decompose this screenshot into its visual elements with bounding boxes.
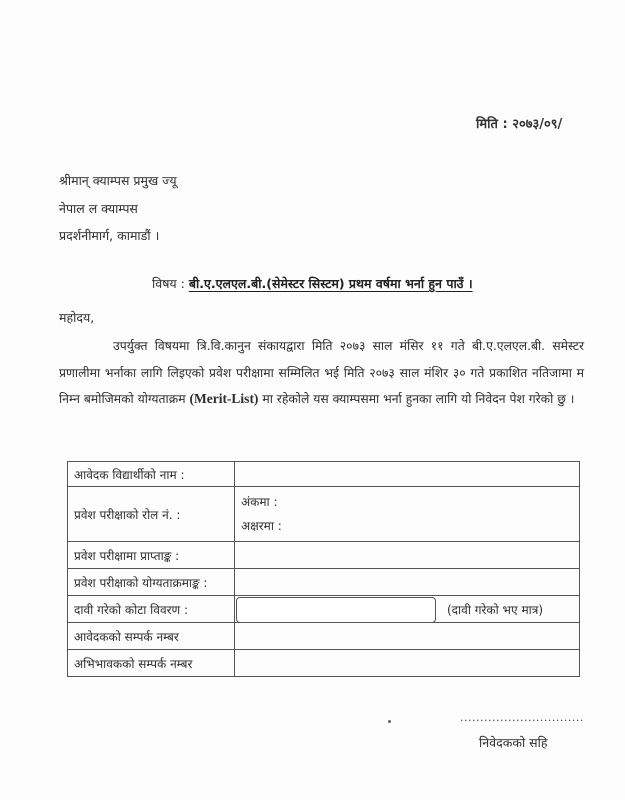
guardian-contact-label: अभिभावकको सम्पर्क नम्बर: [68, 650, 235, 677]
recipient-title: श्रीमान् क्याम्पस प्रमुख ज्यू: [59, 172, 177, 189]
applicant-contact-field[interactable]: [235, 623, 580, 650]
applicant-contact-label: आवेदकको सम्पर्क नम्बर: [68, 623, 235, 650]
signature-line[interactable]: ...............................: [460, 711, 584, 724]
table-row: आवेदक विद्यार्थीको नाम :: [68, 462, 580, 487]
table-row: प्रवेश परीक्षाको रोल नं. : अंकमा : अक्षर…: [68, 487, 580, 542]
quota-claimed-label: दावी गरेको कोटा विवरण :: [68, 596, 235, 623]
merit-rank-field[interactable]: [235, 569, 580, 596]
recipient-institution: नेपाल ल क्याम्पस: [59, 200, 138, 217]
application-form-page: मिति : २०७३/०९/ श्रीमान् क्याम्पस प्रमुख…: [0, 0, 625, 800]
quota-cell: (दावी गरेको भए मात्र): [235, 596, 580, 623]
applicant-name-label: आवेदक विद्यार्थीको नाम :: [68, 462, 235, 487]
signature-label: निवेदकको सहि: [479, 734, 548, 751]
subject-line: विषय : बी.ए.एलएल.बी.(सेमेस्टर सिस्टम) प्…: [152, 275, 473, 292]
roll-in-figures-label: अंकमा :: [241, 495, 278, 509]
guardian-contact-field[interactable]: [235, 650, 580, 677]
date-line: मिति : २०७३/०९/: [476, 114, 562, 132]
salutation: महोदय,: [59, 309, 94, 326]
table-row: अभिभावकको सम्पर्क नम्बर: [68, 650, 580, 677]
quota-input-box[interactable]: [236, 597, 436, 623]
marks-obtained-field[interactable]: [235, 542, 580, 569]
date-label: मिति :: [476, 117, 508, 132]
body-paragraph: उपर्युक्त विषयमा त्रि.वि.कानुन संकायद्वा…: [59, 333, 584, 413]
roll-in-figures-field[interactable]: अंकमा :: [241, 490, 579, 514]
recipient-location: प्रदर्शनीमार्ग, कामाडौं ।: [59, 227, 159, 244]
body-text-2: मा रहेकोले यस क्याम्पसमा भर्ना हुनका लाग…: [258, 392, 574, 406]
table-row: आवेदकको सम्पर्क नम्बर: [68, 623, 580, 650]
roll-number-label: प्रवेश परीक्षाको रोल नं. :: [68, 487, 235, 542]
roll-in-words-field[interactable]: अक्षरमा :: [241, 514, 579, 538]
merit-rank-label: प्रवेश परीक्षाको योग्यताक्रमाङ्क :: [68, 569, 235, 596]
applicant-details-table: आवेदक विद्यार्थीको नाम : प्रवेश परीक्षाक…: [67, 461, 580, 677]
date-value: २०७३/०९/: [512, 117, 562, 132]
merit-list-term: (Merit-List): [189, 391, 258, 406]
marks-obtained-label: प्रवेश परीक्षामा प्राप्ताङ्क :: [68, 542, 235, 569]
subject-label: विषय :: [152, 276, 185, 291]
roll-number-cell: अंकमा : अक्षरमा :: [235, 487, 580, 542]
table-row: दावी गरेको कोटा विवरण : (दावी गरेको भए म…: [68, 596, 580, 623]
roll-in-words-label: अक्षरमा :: [241, 519, 282, 533]
scan-speck: [388, 720, 391, 723]
table-row: प्रवेश परीक्षाको योग्यताक्रमाङ्क :: [68, 569, 580, 596]
subject-text: बी.ए.एलएल.बी.(सेमेस्टर सिस्टम) प्रथम वर्…: [189, 276, 473, 291]
quota-note: (दावी गरेको भए मात्र): [447, 601, 543, 618]
table-row: प्रवेश परीक्षामा प्राप्ताङ्क :: [68, 542, 580, 569]
applicant-name-field[interactable]: [235, 462, 580, 487]
